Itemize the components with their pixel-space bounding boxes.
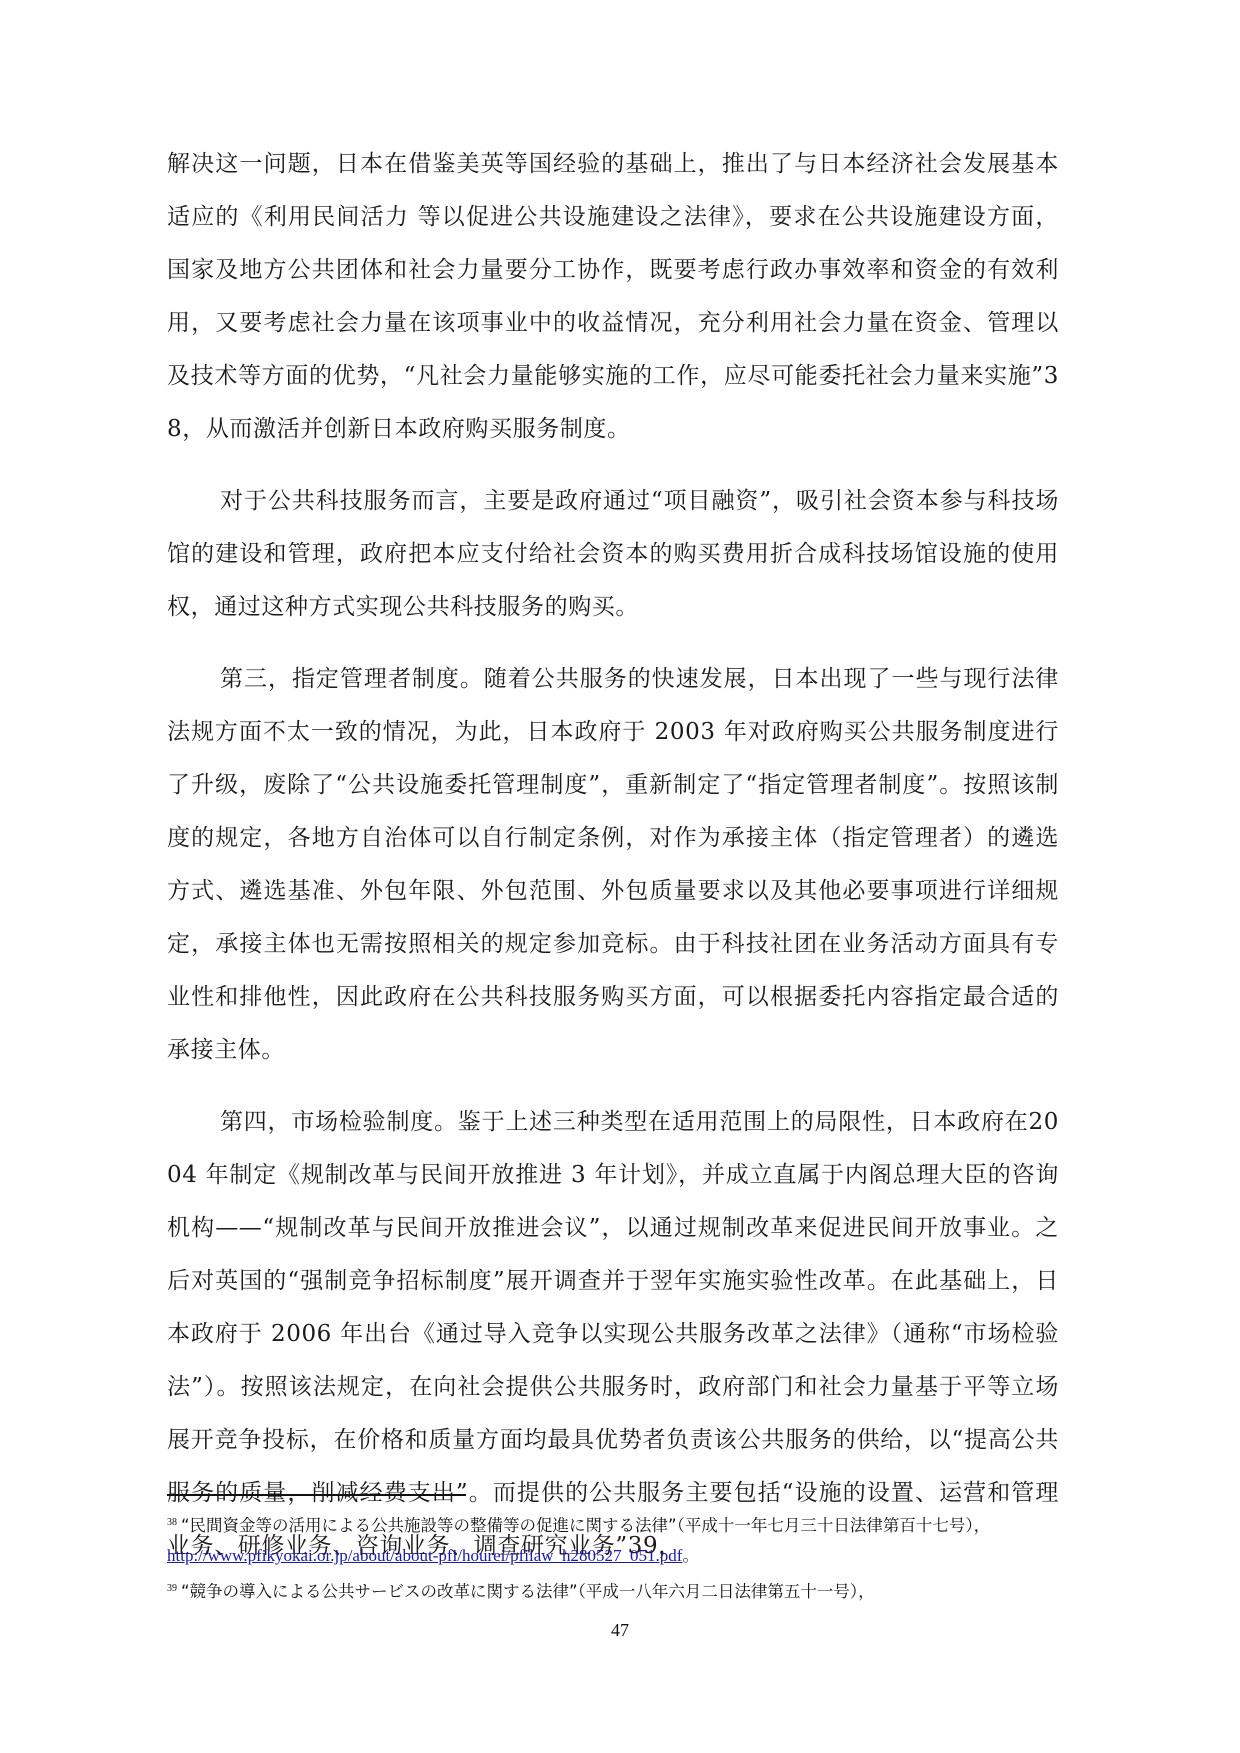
paragraph-market-testing-system: 第四，市场检验制度。鉴于上述三种类型在适用范围上的局限性，日本政府在2004 年…: [167, 1096, 1059, 1573]
page-number: 47: [0, 1620, 1240, 1641]
paragraph-designated-manager-system: 第三，指定管理者制度。随着公共服务的快速发展，日本出现了一些与现行法律法规方面不…: [167, 653, 1059, 1077]
footnote-link[interactable]: http://www.pfikyokai.or.jp/about/about-p…: [167, 1546, 682, 1565]
footnote-number: 38: [167, 1517, 177, 1528]
footnote-38: 38“民間資金等の活用による公共施設等の整備等の促進に関する法律”（平成十一年七…: [167, 1508, 1059, 1571]
paragraph-continuation: 解决这一问题，日本在借鉴美英等国经验的基础上，推出了与日本经济社会发展基本适应的…: [167, 138, 1059, 456]
document-page: 解决这一问题，日本在借鉴美英等国经验的基础上，推出了与日本经济社会发展基本适应的…: [0, 0, 1240, 1753]
footnote-number: 39: [167, 1583, 177, 1594]
footnote-text: “競争の導入による公共サービスの改革に関する法律”（平成一八年六月二日法律第五十…: [181, 1582, 875, 1601]
footnote-39: 39“競争の導入による公共サービスの改革に関する法律”（平成一八年六月二日法律第…: [167, 1574, 1059, 1607]
footnote-trailing: 。: [682, 1546, 699, 1565]
footnote-separator: [167, 1494, 466, 1496]
paragraph-public-tech-service: 对于公共科技服务而言，主要是政府通过“项目融资”，吸引社会资本参与科技场馆的建设…: [167, 475, 1059, 634]
body-text: 解决这一问题，日本在借鉴美英等国经验的基础上，推出了与日本经济社会发展基本适应的…: [167, 138, 1059, 1573]
footnote-text: “民間資金等の活用による公共施設等の整備等の促進に関する法律”（平成十一年七月三…: [181, 1516, 990, 1535]
footnotes: 38“民間資金等の活用による公共施設等の整備等の促進に関する法律”（平成十一年七…: [167, 1508, 1059, 1607]
